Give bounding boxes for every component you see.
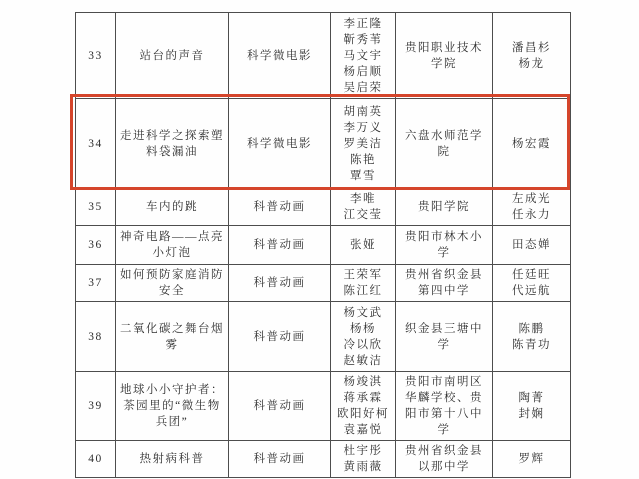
work-category: 科普动画 <box>229 265 331 302</box>
author-names: 李唯 江交莹 <box>331 189 396 226</box>
work-category: 科普动画 <box>229 441 331 478</box>
instructor-names: 任廷旺 代远航 <box>493 265 571 302</box>
work-title: 热射病科普 <box>116 441 229 478</box>
author-names: 王荣军 陈江红 <box>331 265 396 302</box>
entry-number: 39 <box>76 372 116 441</box>
work-title: 站台的声音 <box>116 13 229 99</box>
table-row: 38 二氧化碳之舞台烟雾 科普动画 杨文武 杨杨 冷以欣 赵敏洁 织金县三塘中学… <box>76 302 571 372</box>
entry-number: 34 <box>76 99 116 189</box>
table-row-highlighted: 34 走进科学之探索塑料袋漏油 科学微电影 胡南英 李万义 罗美洁 陈艳 覃雪 … <box>76 99 571 189</box>
work-category: 科学微电影 <box>229 13 331 99</box>
table-row: 36 神奇电路——点亮小灯泡 科普动画 张娅 贵阳市林木小学 田态婵 <box>76 226 571 265</box>
work-category: 科普动画 <box>229 189 331 226</box>
instructor-names: 左成光 任永力 <box>493 189 571 226</box>
work-title: 走进科学之探索塑料袋漏油 <box>116 99 229 189</box>
work-category: 科普动画 <box>229 372 331 441</box>
instructor-names: 陈鹏 陈青功 <box>493 302 571 372</box>
work-title: 神奇电路——点亮小灯泡 <box>116 226 229 265</box>
organization: 贵州省织金县以那中学 <box>396 441 493 478</box>
instructor-names: 罗辉 <box>493 441 571 478</box>
organization: 贵阳市南明区华麟学校、贵阳市第十八中学 <box>396 372 493 441</box>
author-names: 杨竣淇 蒋承霖 欧阳好柯 袁嘉悦 <box>331 372 396 441</box>
organization: 贵阳学院 <box>396 189 493 226</box>
instructor-names: 潘昌杉 杨龙 <box>493 13 571 99</box>
organization: 贵州省织金县第四中学 <box>396 265 493 302</box>
entry-number: 38 <box>76 302 116 372</box>
organization: 六盘水师范学院 <box>396 99 493 189</box>
author-names: 杨文武 杨杨 冷以欣 赵敏洁 <box>331 302 396 372</box>
table-row: 33 站台的声音 科学微电影 李正隆 靳秀苇 马文宇 杨启顺 吴启荣 贵阳职业技… <box>76 13 571 99</box>
author-names: 张娅 <box>331 226 396 265</box>
entry-number: 33 <box>76 13 116 99</box>
table-row: 37 如何预防家庭消防安全 科普动画 王荣军 陈江红 贵州省织金县第四中学 任廷… <box>76 265 571 302</box>
entry-number: 35 <box>76 189 116 226</box>
table-row: 40 热射病科普 科普动画 杜宇彤 黄雨薇 贵州省织金县以那中学 罗辉 <box>76 441 571 478</box>
author-names: 杜宇彤 黄雨薇 <box>331 441 396 478</box>
organization: 织金县三塘中学 <box>396 302 493 372</box>
entry-number: 37 <box>76 265 116 302</box>
entry-number: 36 <box>76 226 116 265</box>
author-names: 李正隆 靳秀苇 马文宇 杨启顺 吴启荣 <box>331 13 396 99</box>
organization: 贵阳市林木小学 <box>396 226 493 265</box>
table-row: 39 地球小小守护者：茶园里的“微生物兵团” 科普动画 杨竣淇 蒋承霖 欧阳好柯… <box>76 372 571 441</box>
author-names: 胡南英 李万义 罗美洁 陈艳 覃雪 <box>331 99 396 189</box>
instructor-names: 陶菁 封娴 <box>493 372 571 441</box>
entry-number: 40 <box>76 441 116 478</box>
instructor-names: 田态婵 <box>493 226 571 265</box>
document-page: 33 站台的声音 科学微电影 李正隆 靳秀苇 马文宇 杨启顺 吴启荣 贵阳职业技… <box>0 0 639 479</box>
work-category: 科普动画 <box>229 302 331 372</box>
awards-table: 33 站台的声音 科学微电影 李正隆 靳秀苇 马文宇 杨启顺 吴启荣 贵阳职业技… <box>75 12 571 478</box>
work-category: 科学微电影 <box>229 99 331 189</box>
table-row: 35 车内的跳 科普动画 李唯 江交莹 贵阳学院 左成光 任永力 <box>76 189 571 226</box>
instructor-names: 杨宏霞 <box>493 99 571 189</box>
work-title: 地球小小守护者：茶园里的“微生物兵团” <box>116 372 229 441</box>
organization: 贵阳职业技术学院 <box>396 13 493 99</box>
work-title: 二氧化碳之舞台烟雾 <box>116 302 229 372</box>
work-category: 科普动画 <box>229 226 331 265</box>
work-title: 车内的跳 <box>116 189 229 226</box>
work-title: 如何预防家庭消防安全 <box>116 265 229 302</box>
